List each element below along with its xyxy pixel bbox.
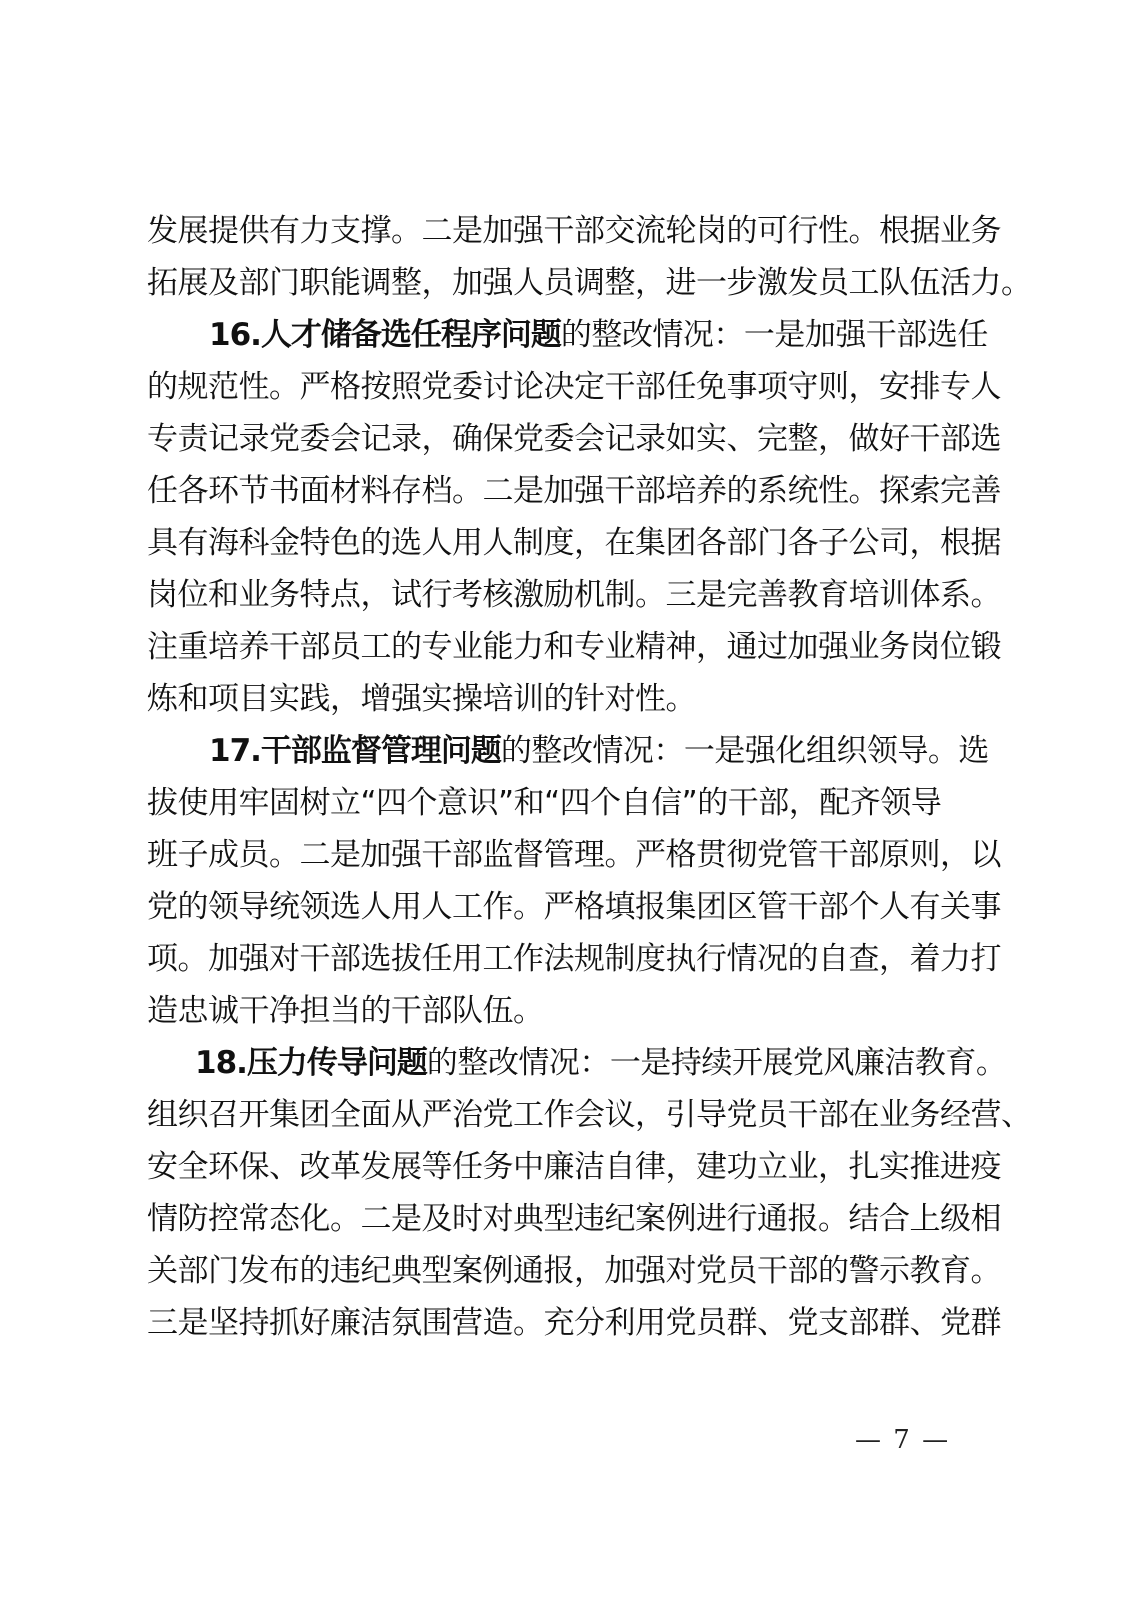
section-16-number: 16. (209, 317, 261, 353)
section-17-lead: 17.干部监督管理问题的整改情况：一是强化组织领导。选 (147, 725, 987, 777)
text-line: 三是坚持抓好廉洁氛围营造。充分利用党员群、党支部群、党群 (147, 1297, 987, 1349)
text-line: 拔使用牢固树立“四个意识”和“四个自信”的干部，配齐领导 (147, 777, 987, 829)
text-line: 班子成员。二是加强干部监督管理。严格贯彻党管干部原则，以 (147, 829, 987, 881)
text-line: 炼和项目实践，增强实操培训的针对性。 (147, 673, 987, 725)
section-17-lead-text: 的整改情况：一是强化组织领导。选 (501, 733, 989, 769)
text-line: 注重培养干部员工的专业能力和专业精神，通过加强业务岗位锻 (147, 621, 987, 673)
text-line: 造忠诚干净担当的干部队伍。 (147, 985, 987, 1037)
section-16-heading: 人才储备选任程序问题 (261, 317, 561, 353)
section-16-lead-text: 的整改情况：一是加强干部选任 (561, 317, 988, 353)
text-line: 情防控常态化。二是及时对典型违纪案例进行通报。结合上级相 (147, 1193, 987, 1245)
text-line: 专责记录党委会记录，确保党委会记录如实、完整，做好干部选 (147, 413, 987, 465)
text-line: 任各环节书面材料存档。二是加强干部培养的系统性。探索完善 (147, 465, 987, 517)
text-line: 党的领导统领选人用人工作。严格填报集团区管干部个人有关事 (147, 881, 987, 933)
document-page: 发展提供有力支撑。二是加强干部交流轮岗的可行性。根据业务 拓展及部门职能调整，加… (0, 0, 1131, 1600)
section-17-heading: 干部监督管理问题 (261, 733, 501, 769)
text-line: 安全环保、改革发展等任务中廉洁自律，建功立业，扎实推进疫 (147, 1141, 987, 1193)
section-18-heading: 压力传导问题 (247, 1045, 427, 1081)
text-line: 岗位和业务特点，试行考核激励机制。三是完善教育培训体系。 (147, 569, 987, 621)
page-number: — 7 — (855, 1425, 950, 1455)
text-line: 关部门发布的违纪典型案例通报，加强对党员干部的警示教育。 (147, 1245, 987, 1297)
text-line: 拓展及部门职能调整，加强人员调整，进一步激发员工队伍活力。 (147, 257, 987, 309)
section-18-lead: 18.压力传导问题的整改情况：一是持续开展党风廉洁教育。 (147, 1037, 987, 1089)
section-18-number: 18. (195, 1045, 247, 1081)
text-line: 组织召开集团全面从严治党工作会议，引导党员干部在业务经营、 (147, 1089, 987, 1141)
text-line: 的规范性。严格按照党委讨论决定干部任免事项守则，安排专人 (147, 361, 987, 413)
text-line: 项。加强对干部选拔任用工作法规制度执行情况的自查，着力打 (147, 933, 987, 985)
section-16-lead: 16.人才储备选任程序问题的整改情况：一是加强干部选任 (147, 309, 987, 361)
text-line: 具有海科金特色的选人用人制度，在集团各部门各子公司，根据 (147, 517, 987, 569)
document-body: 发展提供有力支撑。二是加强干部交流轮岗的可行性。根据业务 拓展及部门职能调整，加… (147, 205, 987, 1349)
section-17-number: 17. (209, 733, 261, 769)
text-line: 发展提供有力支撑。二是加强干部交流轮岗的可行性。根据业务 (147, 205, 987, 257)
section-18-lead-text: 的整改情况：一是持续开展党风廉洁教育。 (427, 1045, 1007, 1081)
